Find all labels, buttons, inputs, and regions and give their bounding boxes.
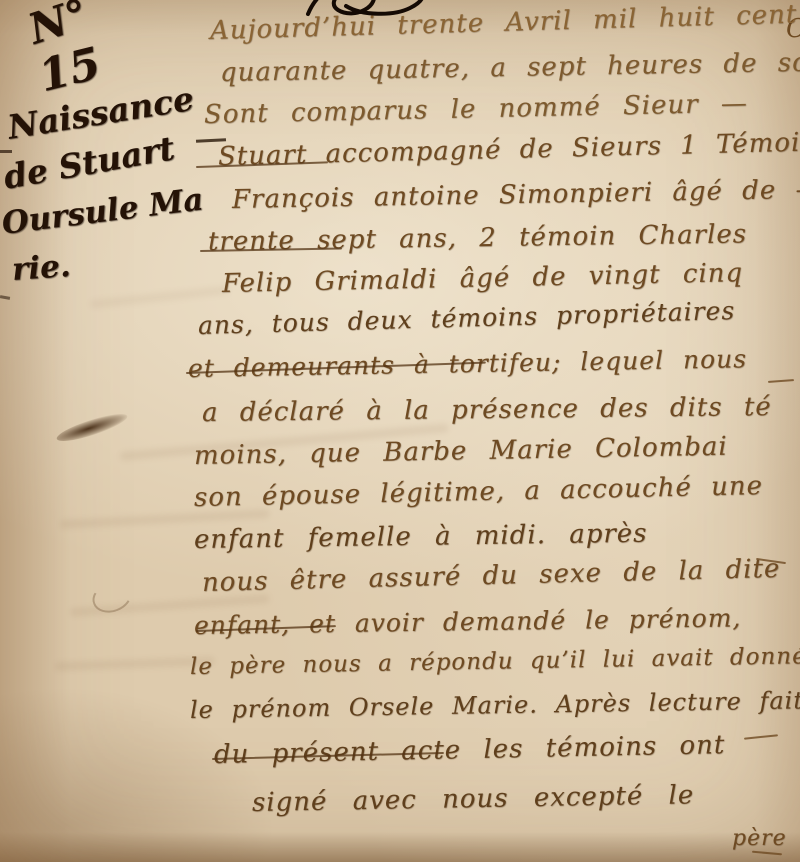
manuscript-line: son épouse légitime, a accouché une	[194, 471, 764, 513]
stray-ink-mark	[768, 379, 794, 383]
manuscript-line: a déclaré à la présence des dits té	[202, 392, 772, 428]
manuscript-line: Aujourd’hui trente Avril mil huit cent	[210, 0, 798, 46]
manuscript-line: enfant, et avoir demandé le prénom,	[194, 603, 742, 640]
manuscript-line: le père nous a répondu qu’il lui avait d…	[190, 643, 800, 680]
manuscript-line: père	[732, 826, 787, 851]
manuscript-page: C N° 15 Naissance de Stuart Oursule Ma r…	[0, 0, 800, 862]
manuscript-line: nous être assuré du sexe de la dite	[202, 554, 781, 598]
manuscript-line: Felip Grimaldi âgé de vingt cinq	[222, 258, 744, 299]
manuscript-line: ans, tous deux témoins propriétaires	[198, 296, 736, 340]
manuscript-line: Sont comparus le nommé Sieur —	[204, 89, 749, 130]
manuscript-line: quarante quatre, a sept heures de soir	[220, 47, 800, 88]
stray-ink-mark	[744, 734, 778, 740]
manuscript-line: trente sept ans, 2 témoin Charles	[208, 219, 748, 257]
manuscript-line: François antoine Simonpieri âgé de —	[232, 175, 800, 215]
manuscript-line: enfant femelle à midi. après	[194, 519, 648, 555]
manuscript-line: signé avec nous excepté le	[252, 780, 695, 818]
stray-ink-mark	[752, 851, 782, 856]
margin-annotation-line: rie.	[11, 248, 72, 288]
manuscript-line: le prénom Orsele Marie. Après lecture fa…	[190, 686, 800, 724]
stray-ink-mark	[0, 150, 12, 153]
show-through-mark	[90, 285, 230, 309]
manuscript-line: Stuart accompagné de Sieurs 1 Témoin	[218, 127, 800, 172]
ink-smudge	[54, 409, 129, 446]
manuscript-line: du présent acte les témoins ont	[214, 730, 726, 770]
stray-ink-mark	[0, 295, 10, 300]
